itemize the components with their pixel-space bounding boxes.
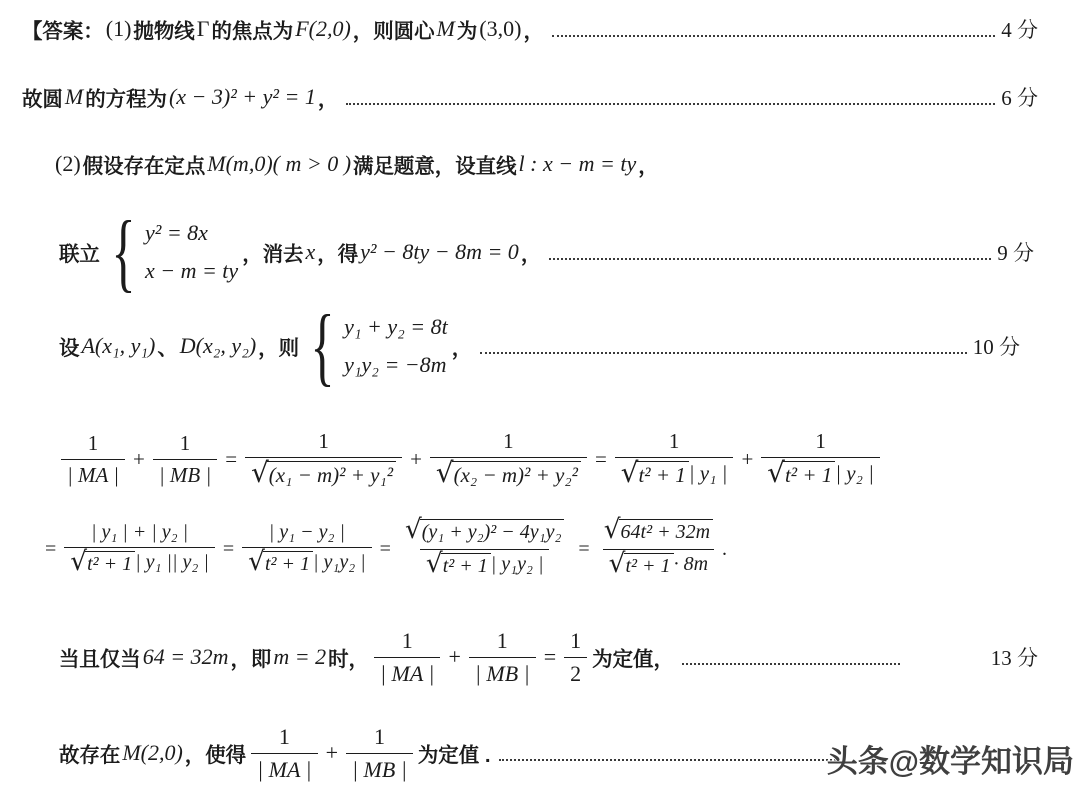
line-l-equation: l : x − m = ty (519, 151, 637, 177)
part-1-number: (1) (106, 16, 132, 42)
math-M: M (65, 84, 83, 110)
radical-sign: √ (604, 517, 621, 543)
fraction-1-over-MA: 1 | MA | (61, 431, 125, 488)
fraction-numerator: 1 (273, 724, 296, 753)
radical-sign: √ (436, 459, 454, 487)
fraction-denominator: | MB | (153, 459, 217, 488)
radical-sign: √ (248, 549, 265, 575)
sqrt: √ (y₁ + y₂)² − 4y₁y₂ (405, 519, 564, 545)
fraction-discriminant: √ (y₁ + y₂)² − 4y₁y₂ √ t² + 1 | y₁y₂ | (399, 519, 570, 579)
radicand: t² + 1 (783, 461, 835, 487)
fraction-numerator: √ 64t² + 32m (598, 519, 719, 548)
equals-sign: = (225, 447, 237, 472)
system1-eq-1: y² = 8x (145, 220, 208, 246)
score-13: 13 分 (991, 642, 1038, 672)
sqrt: √ t² + 1 (621, 461, 689, 489)
fraction-1-over-MA: 1 | MA | (251, 724, 317, 783)
vieta-sum: y₁ + y₂ = 8t (344, 314, 448, 340)
text-constant-conclusion: 为定值 . (418, 738, 491, 768)
comma: ， (452, 331, 472, 361)
dotted-leader (499, 746, 839, 761)
fraction-numerator: 1 (497, 429, 520, 457)
solution-line-6: 1 | MA | + 1 | MB | = 1 √ (x₁ − m)² + y₁… (58, 414, 883, 504)
radicand: t² + 1 (85, 551, 135, 576)
fraction-denominator: √ t² + 1 | y₁ | (615, 457, 734, 489)
system-rows: y₁ + y₂ = 8t y₁y₂ = −8m (344, 314, 448, 378)
fraction-distance-D: 1 √ (x₂ − m)² + y₂² (430, 429, 587, 489)
equals-sign: = (595, 447, 607, 472)
fraction-numerator: 1 (809, 429, 832, 457)
fraction-simplified-A: 1 √ t² + 1 | y₁ | (615, 429, 734, 489)
radicand: (y₁ + y₂)² − 4y₁y₂ (420, 519, 565, 544)
text-such-that: ，使得 (185, 738, 246, 768)
vieta-product: y₁y₂ = −8m (344, 352, 446, 378)
fraction-denominator: | MA | (251, 753, 317, 783)
text-therefore-exists: 故存在 (59, 738, 120, 768)
document-page: 【答案： (1) 抛物线 Γ 的焦点为 F(2,0) ，则圆心 M 为 (3,0… (0, 0, 1080, 794)
equation-system-2: { y₁ + y₂ = 8t y₁y₂ = −8m (303, 305, 448, 386)
sqrt: √ t² + 1 (426, 553, 491, 579)
abs-y1: | y₁ | (689, 461, 728, 486)
text-combine: 联立 (59, 237, 100, 267)
fraction-denominator: √ t² + 1 | y₁y₂ | (420, 549, 550, 579)
sqrt: √ t² + 1 (248, 551, 313, 577)
solution-line-4: 联立 { y² = 8x x − m = ty ，消去 x ，得 y² − 8t… (57, 206, 1034, 298)
text-satisfies-set-line: 满足题意，设直线 (353, 149, 517, 179)
equals-sign: = (45, 538, 56, 561)
point-M-expr: M(m,0) (207, 151, 272, 177)
fraction-denominator: √ t² + 1 | y₂ | (761, 457, 880, 489)
text-that-is: ，即 (230, 642, 271, 672)
sqrt: √ (x₁ − m)² + y₁² (251, 461, 396, 489)
fraction-distance-A: 1 √ (x₁ − m)² + y₁² (245, 429, 402, 489)
solution-line-8: 当且仅当 64 = 32m ，即 m = 2 时， 1 | MA | + 1 |… (57, 612, 1038, 702)
point-A-expr: A(x₁, y₁) (81, 333, 155, 359)
fraction-denominator: √ t² + 1 · 8m (603, 549, 714, 579)
fraction-numerator: 1 (564, 628, 587, 657)
fraction-denominator: √ t² + 1 | y₁y₂ | (242, 547, 372, 577)
times-8m: · 8m (674, 553, 708, 576)
radicand: t² + 1 (636, 461, 688, 487)
radical-sign: √ (767, 459, 785, 487)
math-M: M (437, 16, 455, 42)
plus-sign: + (326, 740, 338, 766)
score-10: 10 分 (973, 331, 1020, 361)
system1-eq-2: x − m = ty (145, 258, 238, 284)
watermark-toutiao: 头条@数学知识局 (827, 736, 1074, 781)
fraction-1-over-MA: 1 | MA | (374, 628, 440, 687)
fraction-numerator: √ (y₁ + y₂)² − 4y₁y₂ (399, 519, 570, 548)
comma: ， (318, 82, 338, 112)
enumeration-comma: 、 (157, 331, 177, 361)
equals-sign: = (578, 538, 589, 561)
answer-label: 【答案： (22, 14, 104, 44)
fraction-numerator: | y₁ | + | y₂ | (85, 521, 194, 547)
radical-sign: √ (251, 459, 269, 487)
radicand: (x₂ − m)² + y₂² (452, 461, 581, 487)
solution-line-3: (2) 假设存在定点 M(m,0) ( m > 0 ) 满足题意，设直线 l :… (55, 146, 661, 182)
sqrt: √ t² + 1 (70, 551, 135, 577)
fraction-simplified-D: 1 √ t² + 1 | y₂ | (761, 429, 880, 489)
fraction-numerator: 1 (491, 628, 514, 657)
fraction-numerator: 1 (312, 429, 335, 457)
circle-equation: (x − 3)² + y² = 1 (169, 84, 316, 110)
fraction-abs-diff: | y₁ − y₂ | √ t² + 1 | y₁y₂ | (242, 521, 372, 577)
equals-sign: = (380, 538, 391, 561)
fraction-1-over-MB: 1 | MB | (469, 628, 536, 687)
fraction-denominator: | MB | (346, 753, 413, 783)
sqrt: √ t² + 1 (767, 461, 835, 489)
condition-m-positive: ( m > 0 ) (273, 151, 351, 177)
radical-sign: √ (70, 549, 87, 575)
comma: ， (521, 237, 541, 267)
abs-y1y2: | y₁y₂ | (491, 553, 544, 576)
plus-sign: + (133, 447, 145, 472)
left-brace: { (310, 302, 334, 390)
radicand: 64t² + 32m (619, 519, 714, 544)
radical-sign: √ (621, 459, 639, 487)
fraction-abs-sum: | y₁ | + | y₂ | √ t² + 1 | y₁ || y₂ | (64, 521, 215, 577)
radicand: t² + 1 (263, 551, 313, 576)
text-is: 为 (457, 14, 477, 44)
system-rows: y² = 8x x − m = ty (145, 220, 238, 284)
solution-line-9: 故存在 M(2,0) ，使得 1 | MA | + 1 | MB | 为定值 . (57, 706, 845, 794)
condition-64-32m: 64 = 32m (143, 644, 229, 670)
radicand: (x₁ − m)² + y₁² (267, 461, 396, 487)
text-equation-is: 的方程为 (85, 82, 167, 112)
radical-sign: √ (426, 550, 443, 576)
m-equals-2: m = 2 (273, 644, 326, 670)
fraction-denominator: √ (x₁ − m)² + y₁² (245, 457, 402, 489)
abs-y1y2: | y₁y₂ | (313, 551, 366, 574)
math-x: x (306, 239, 316, 265)
dotted-leader (682, 650, 900, 665)
fraction-numerator: 1 (396, 628, 419, 657)
comma: ， (638, 149, 658, 179)
abs-y2: | y₂ | (835, 461, 874, 486)
period: . (722, 538, 727, 561)
gamma-symbol: Γ (197, 16, 210, 42)
fraction-denominator: √ t² + 1 | y₁ || y₂ | (64, 547, 215, 577)
fraction-final-value: √ 64t² + 32m √ t² + 1 · 8m (598, 519, 719, 579)
left-brace: { (111, 208, 135, 296)
text-then-center: ，则圆心 (353, 14, 435, 44)
fraction-denominator: | MB | (469, 657, 536, 687)
plus-sign: + (448, 644, 460, 670)
fraction-1-over-MB: 1 | MB | (153, 431, 217, 488)
solution-line-2: 故圆 M 的方程为 (x − 3)² + y² = 1 ， 6 分 (20, 80, 1038, 114)
sqrt: √ (x₂ − m)² + y₂² (436, 461, 581, 489)
text-iff: 当且仅当 (59, 642, 141, 672)
solution-line-5: 设 A(x₁, y₁) 、 D(x₂, y₂) ，则 { y₁ + y₂ = 8… (57, 296, 1020, 396)
radical-sign: √ (609, 550, 626, 576)
plus-sign: + (741, 447, 753, 472)
fraction-numerator: | y₁ − y₂ | (263, 521, 351, 547)
text-parabola: 抛物线 (133, 14, 194, 44)
sqrt: √ 64t² + 32m (604, 519, 713, 545)
score-4: 4 分 (1001, 14, 1038, 44)
text-so-circle: 故圆 (22, 82, 63, 112)
solution-line-1: 【答案： (1) 抛物线 Γ 的焦点为 F(2,0) ，则圆心 M 为 (3,0… (20, 12, 1038, 46)
score-6: 6 分 (1001, 82, 1038, 112)
fraction-denominator: √ (x₂ − m)² + y₂² (430, 457, 587, 489)
plus-sign: + (410, 447, 422, 472)
sqrt: √ t² + 1 (609, 553, 674, 579)
center-point-expr: (3,0) (479, 16, 521, 42)
quadratic-in-y: y² − 8ty − 8m = 0 (360, 239, 519, 265)
text-get: ，得 (317, 237, 358, 267)
equals-sign: = (223, 538, 234, 561)
fraction-numerator: 1 (174, 431, 197, 459)
radicand: t² + 1 (441, 553, 491, 578)
fraction-numerator: 1 (663, 429, 686, 457)
equals-sign: = (544, 644, 556, 670)
fraction-1-over-MB: 1 | MB | (346, 724, 413, 783)
dotted-leader (549, 245, 991, 260)
focus-point-expr: F(2,0) (295, 16, 351, 42)
fraction-one-half: 1 2 (564, 628, 587, 687)
text-eliminate: ，消去 (242, 237, 303, 267)
dotted-leader (552, 22, 995, 37)
dotted-leader (346, 90, 995, 105)
radical-sign: √ (405, 517, 422, 543)
text-then: ，则 (258, 331, 299, 361)
radicand: t² + 1 (624, 553, 674, 578)
text-assume-point: 假设存在定点 (83, 149, 206, 179)
part-2-number: (2) (55, 151, 81, 177)
fraction-numerator: 1 (82, 431, 105, 459)
dotted-leader (480, 339, 967, 354)
text-focus: 的焦点为 (211, 14, 293, 44)
point-M-2-0: M(2,0) (122, 740, 182, 766)
text-let: 设 (59, 331, 79, 361)
text-when: 时， (328, 642, 369, 672)
score-9: 9 分 (997, 237, 1034, 267)
text-constant-value: 为定值， (592, 642, 674, 672)
fraction-denominator: | MA | (374, 657, 440, 687)
fraction-denominator: | MA | (61, 459, 125, 488)
fraction-denominator: 2 (564, 657, 587, 687)
fraction-numerator: 1 (368, 724, 391, 753)
abs-y1-y2: | y₁ || y₂ | (135, 551, 209, 574)
equation-system-1: { y² = 8x x − m = ty (104, 211, 238, 292)
comma: ， (523, 14, 543, 44)
point-D-expr: D(x₂, y₂) (180, 333, 256, 359)
solution-line-7: = | y₁ | + | y₂ | √ t² + 1 | y₁ || y₂ | … (40, 500, 727, 598)
